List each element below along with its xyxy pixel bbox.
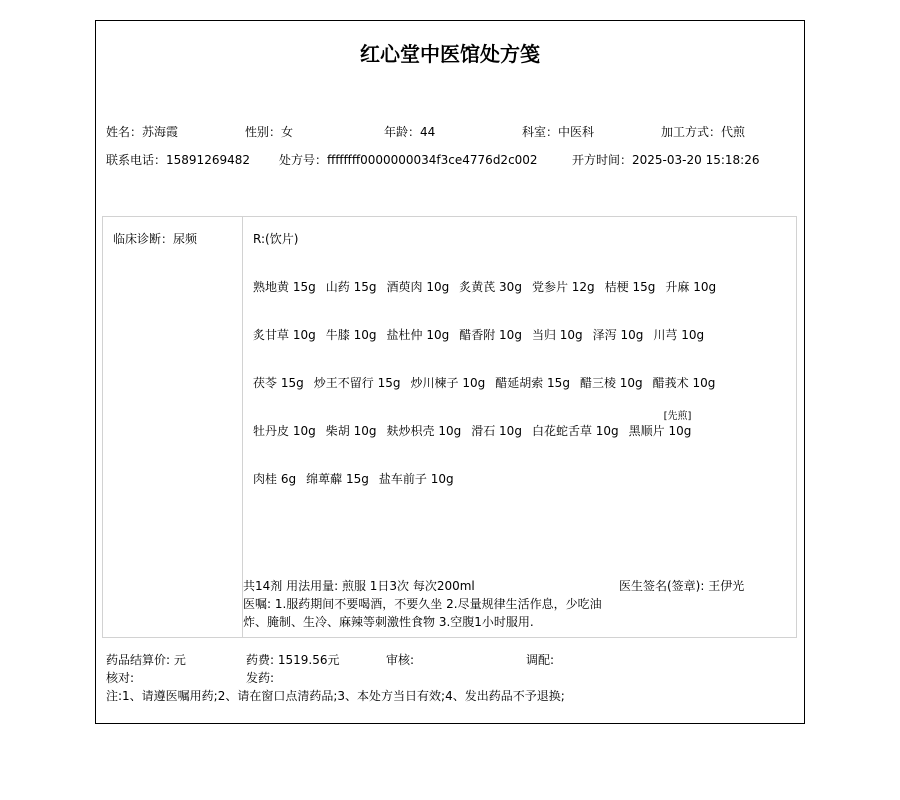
herb-name: 党参片 xyxy=(532,280,568,294)
herb-dose: 10g xyxy=(560,328,583,342)
herb-row: 熟地黄 15g山药 15g酒萸肉 10g炙黄芪 30g党参片 12g桔梗 15g… xyxy=(253,278,726,295)
herb-name: 绵萆薢 xyxy=(306,472,342,486)
herb-dose: 10g xyxy=(354,328,377,342)
rx-time-label: 开方时间： xyxy=(572,153,632,167)
check-field: 核对: xyxy=(106,669,134,686)
diagnosis-label: 临床诊断： xyxy=(113,232,173,246)
herb-note: [先煎] xyxy=(664,407,692,422)
herb-dose: 6g xyxy=(281,472,296,486)
herb-item: 山药 15g xyxy=(326,278,377,295)
prescription-column: R:(饮片) 熟地黄 15g山药 15g酒萸肉 10g炙黄芪 30g党参片 12… xyxy=(243,217,796,637)
herb-name: 醋三棱 xyxy=(580,376,616,390)
herb-name: 泽泻 xyxy=(593,328,617,342)
herb-item: 炙黄芪 30g xyxy=(459,278,522,295)
herb-dose: 15g xyxy=(354,280,377,294)
herb-item: 川芎 10g xyxy=(653,326,704,343)
review-field: 审核: xyxy=(386,651,414,668)
herb-dose: 10g xyxy=(354,424,377,438)
herb-item: 茯苓 15g xyxy=(253,374,304,391)
herb-item: 炒王不留行 15g xyxy=(314,374,401,391)
phone-label: 联系电话： xyxy=(106,153,166,167)
herb-name: 肉桂 xyxy=(253,472,277,486)
herb-dose: 10g xyxy=(293,424,316,438)
herb-dose: 10g xyxy=(499,424,522,438)
rx-time-value: 2025-03-20 15:18:26 xyxy=(632,153,759,167)
herb-name: 醋莪术 xyxy=(653,376,689,390)
herb-dose: 10g xyxy=(693,376,716,390)
herb-item: 醋延胡索 15g xyxy=(495,374,570,391)
herb-name: 黑顺片 xyxy=(629,424,665,438)
herb-row: 炙甘草 10g牛膝 10g盐杜仲 10g醋香附 10g当归 10g泽泻 10g川… xyxy=(253,326,714,343)
rx-time-field: 开方时间：2025-03-20 15:18:26 xyxy=(572,151,759,168)
herb-name: 升麻 xyxy=(665,280,689,294)
prescription-sheet: 红心堂中医馆处方笺 姓名：苏海霞 性别：女 年龄：44 科室：中医科 加工方式：… xyxy=(95,20,805,724)
herb-item: 熟地黄 15g xyxy=(253,278,316,295)
herb-item: 醋三棱 10g xyxy=(580,374,643,391)
process-label: 加工方式： xyxy=(661,125,721,139)
rx-number-label: 处方号： xyxy=(279,153,327,167)
herb-item: 酒萸肉 10g xyxy=(386,278,449,295)
doctor-advice: 医嘱: 1.服药期间不要喝酒，不要久坐 2.尽量规律生活作息，少吃油炸、腌制、生… xyxy=(243,595,623,631)
herb-name: 川芎 xyxy=(653,328,677,342)
age-value: 44 xyxy=(420,125,435,139)
dept-value: 中医科 xyxy=(558,125,594,139)
herb-row: 肉桂 6g绵萆薢 15g盐车前子 10g xyxy=(253,470,464,487)
dept-label: 科室： xyxy=(522,125,558,139)
herb-item: 白花蛇舌草 10g xyxy=(532,422,619,439)
herb-name: 醋延胡索 xyxy=(495,376,543,390)
doctor-signature: 医生签名(签章): 王伊光 xyxy=(619,577,744,594)
herb-row: 牡丹皮 10g柴胡 10g麸炒枳壳 10g滑石 10g白花蛇舌草 10g黑顺片 … xyxy=(253,422,701,439)
herb-name: 滑石 xyxy=(471,424,495,438)
herb-dose: 10g xyxy=(431,472,454,486)
age-field: 年龄：44 xyxy=(384,123,435,140)
herb-dose: 10g xyxy=(293,328,316,342)
herb-dose: 15g xyxy=(281,376,304,390)
herb-item: 牛膝 10g xyxy=(326,326,377,343)
herb-row: 茯苓 15g炒王不留行 15g炒川楝子 10g醋延胡索 15g醋三棱 10g醋莪… xyxy=(253,374,725,391)
herb-dose: 10g xyxy=(426,280,449,294)
herb-item: 滑石 10g xyxy=(471,422,522,439)
herb-dose: 10g xyxy=(426,328,449,342)
usage-instructions: 共14剂 用法用量: 煎服 1日3次 每次200ml xyxy=(243,577,475,595)
gender-label: 性别： xyxy=(245,125,281,139)
herb-name: 桔梗 xyxy=(605,280,629,294)
gender-value: 女 xyxy=(281,125,293,139)
diagnosis: 临床诊断：尿频 xyxy=(113,230,197,247)
herb-item: 盐车前子 10g xyxy=(379,470,454,487)
herb-dose: 10g xyxy=(693,280,716,294)
herb-name: 白花蛇舌草 xyxy=(532,424,592,438)
diagnosis-column: 临床诊断：尿频 xyxy=(103,217,243,637)
herb-name: 熟地黄 xyxy=(253,280,289,294)
footer-note: 注:1、请遵医嘱用药;2、请在窗口点清药品;3、本处方当日有效;4、发出药品不予… xyxy=(106,687,565,704)
herb-item: 醋莪术 10g xyxy=(653,374,716,391)
herb-name: 山药 xyxy=(326,280,350,294)
herb-item: 醋香附 10g xyxy=(459,326,522,343)
herb-dose: 15g xyxy=(378,376,401,390)
herb-name: 柴胡 xyxy=(326,424,350,438)
herb-item: 牡丹皮 10g xyxy=(253,422,316,439)
herb-dose: 10g xyxy=(462,376,485,390)
herb-item: 升麻 10g xyxy=(665,278,716,295)
herb-name: 麸炒枳壳 xyxy=(386,424,434,438)
herb-dose: 10g xyxy=(596,424,619,438)
prescription-box: 临床诊断：尿频 R:(饮片) 熟地黄 15g山药 15g酒萸肉 10g炙黄芪 3… xyxy=(102,216,797,638)
age-label: 年龄： xyxy=(384,125,420,139)
signature-label: 医生签名(签章): xyxy=(619,579,708,593)
herb-dose: 10g xyxy=(621,328,644,342)
herb-item: 绵萆薢 15g xyxy=(306,470,369,487)
herb-name: 酒萸肉 xyxy=(386,280,422,294)
phone-field: 联系电话：15891269482 xyxy=(106,151,250,168)
herb-item: 当归 10g xyxy=(532,326,583,343)
herb-item: 党参片 12g xyxy=(532,278,595,295)
herb-name: 炒川楝子 xyxy=(410,376,458,390)
dispense-field: 调配: xyxy=(526,651,554,668)
herb-item: 麸炒枳壳 10g xyxy=(386,422,461,439)
herb-item: 炙甘草 10g xyxy=(253,326,316,343)
drug-fee-label: 药费: xyxy=(246,653,278,667)
herb-item: 桔梗 15g xyxy=(605,278,656,295)
herb-item: 柴胡 10g xyxy=(326,422,377,439)
drug-fee: 药费: 1519.56元 xyxy=(246,651,339,668)
process-value: 代煎 xyxy=(721,125,745,139)
patient-name-field: 姓名：苏海霞 xyxy=(106,123,178,140)
herb-dose: 10g xyxy=(669,424,692,438)
herb-item: 炒川楝子 10g xyxy=(410,374,485,391)
rx-header: R:(饮片) xyxy=(253,230,298,247)
herb-name: 醋香附 xyxy=(459,328,495,342)
gender-field: 性别：女 xyxy=(245,123,293,140)
page-title: 红心堂中医馆处方笺 xyxy=(96,38,804,67)
herb-dose: 15g xyxy=(547,376,570,390)
phone-value: 15891269482 xyxy=(166,153,250,167)
herb-name: 茯苓 xyxy=(253,376,277,390)
drug-fee-value: 1519.56元 xyxy=(278,653,340,667)
herb-name: 炒王不留行 xyxy=(314,376,374,390)
herb-item: 泽泻 10g xyxy=(593,326,644,343)
herb-name: 盐车前子 xyxy=(379,472,427,486)
herb-dose: 10g xyxy=(620,376,643,390)
herb-item: 黑顺片 10g[先煎] xyxy=(629,422,692,439)
herb-name: 炙黄芪 xyxy=(459,280,495,294)
herb-name: 当归 xyxy=(532,328,556,342)
dept-field: 科室：中医科 xyxy=(522,123,594,140)
patient-name-label: 姓名： xyxy=(106,125,142,139)
rx-number-field: 处方号：ffffffff0000000034f3ce4776d2c002 xyxy=(279,151,538,168)
herb-dose: 12g xyxy=(572,280,595,294)
herb-name: 炙甘草 xyxy=(253,328,289,342)
issue-field: 发药: xyxy=(246,669,274,686)
herb-dose: 10g xyxy=(681,328,704,342)
herb-name: 盐杜仲 xyxy=(386,328,422,342)
herb-dose: 15g xyxy=(633,280,656,294)
herb-dose: 10g xyxy=(438,424,461,438)
herb-dose: 15g xyxy=(293,280,316,294)
signature-value: 王伊光 xyxy=(708,579,744,593)
herb-name: 牡丹皮 xyxy=(253,424,289,438)
herb-dose: 10g xyxy=(499,328,522,342)
settle-price: 药品结算价: 元 xyxy=(106,651,186,668)
process-field: 加工方式：代煎 xyxy=(661,123,745,140)
diagnosis-value: 尿频 xyxy=(173,232,197,246)
herb-item: 肉桂 6g xyxy=(253,470,296,487)
rx-number-value: ffffffff0000000034f3ce4776d2c002 xyxy=(327,153,538,167)
herb-item: 盐杜仲 10g xyxy=(386,326,449,343)
herb-name: 牛膝 xyxy=(326,328,350,342)
herb-dose: 30g xyxy=(499,280,522,294)
herb-dose: 15g xyxy=(346,472,369,486)
patient-name-value: 苏海霞 xyxy=(142,125,178,139)
